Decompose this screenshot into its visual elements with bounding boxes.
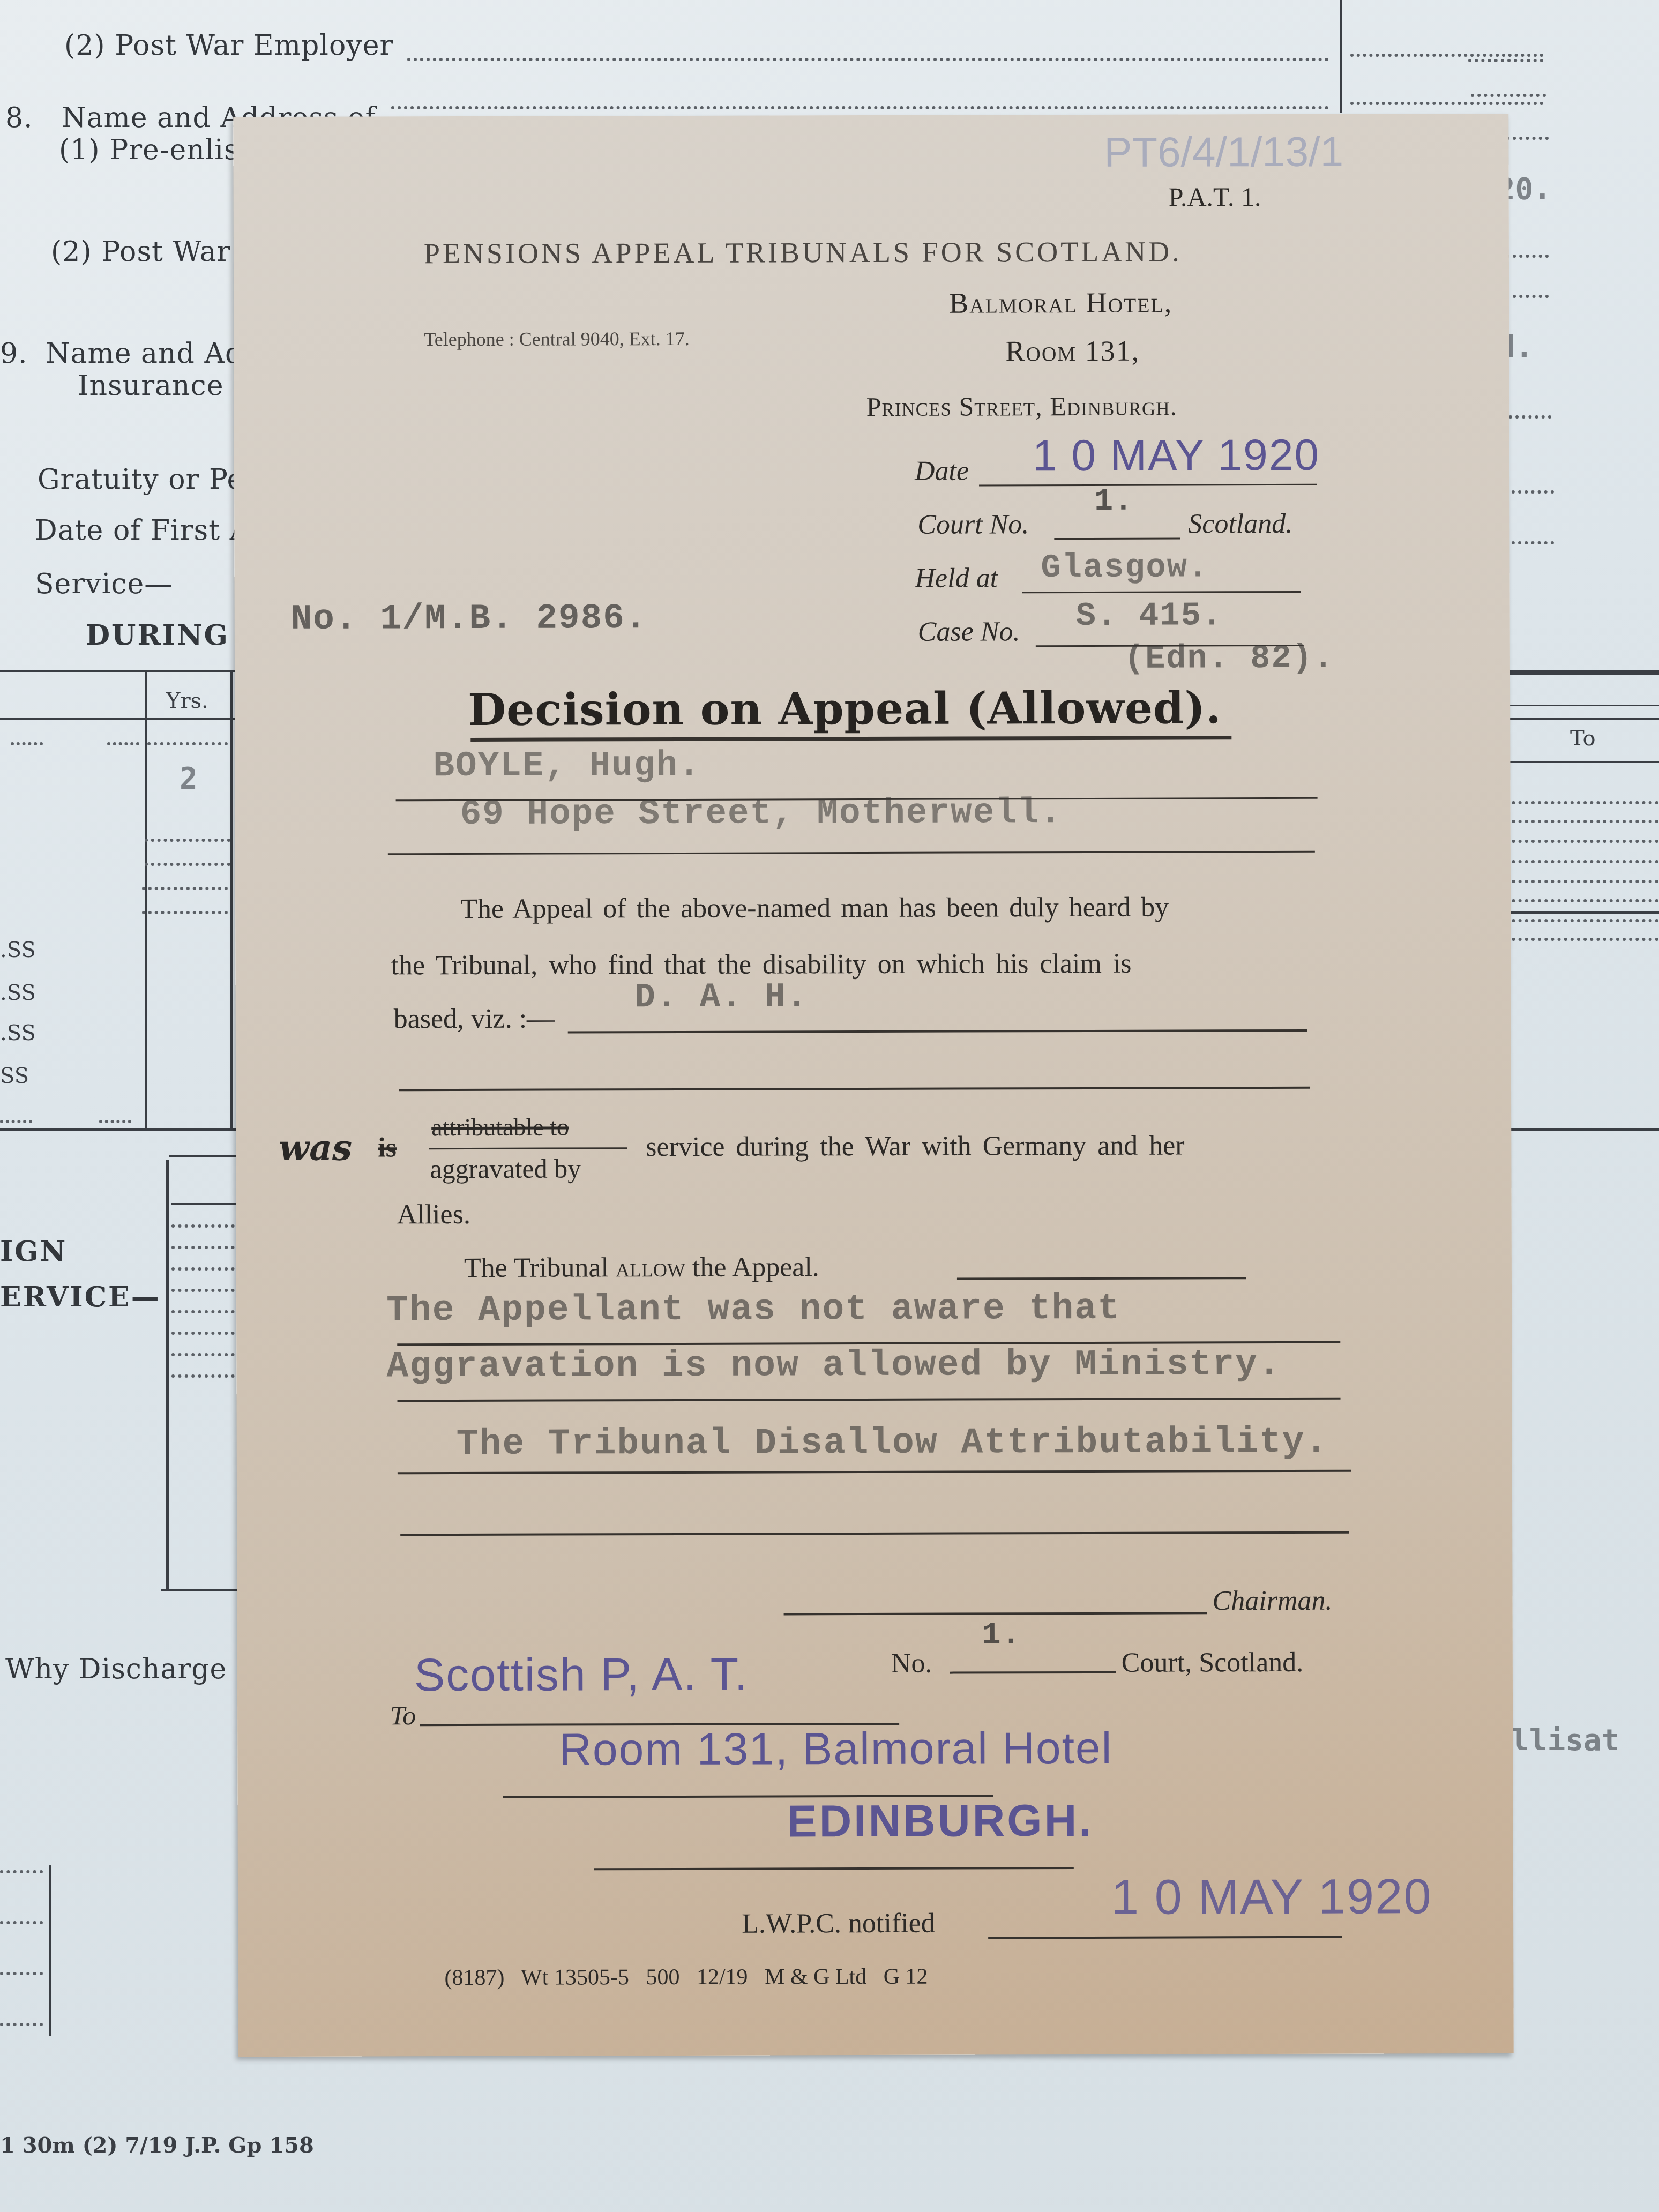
bg-dotted-line bbox=[1471, 94, 1546, 97]
disability-underline-2 bbox=[399, 1087, 1310, 1091]
disability-underline bbox=[568, 1029, 1307, 1034]
allies-text: Allies. bbox=[397, 1199, 470, 1230]
date-label: Date bbox=[915, 455, 969, 487]
case-no-value: S. 415. bbox=[1076, 596, 1223, 635]
bg-foreign: IGN bbox=[0, 1235, 67, 1268]
remark-underline-2 bbox=[398, 1398, 1341, 1402]
bg-dotted-line bbox=[145, 863, 230, 866]
appellant-name: BOYLE, Hugh. bbox=[433, 745, 700, 786]
org-title: PENSIONS APPEAL TRIBUNALS FOR SCOTLAND. bbox=[424, 235, 1182, 270]
court-no-footer-value: 1. bbox=[982, 1618, 1022, 1653]
bg-dotted-line bbox=[171, 1246, 241, 1249]
allow-statement: The Tribunal allow the Appeal. bbox=[464, 1251, 819, 1284]
court-no-value: 1. bbox=[1094, 484, 1134, 519]
bg-typed-right-edge: llisat bbox=[1511, 1723, 1619, 1758]
bg-table-col-rule bbox=[145, 672, 147, 1128]
bg-to-header: To bbox=[1570, 726, 1596, 751]
bg-dotted-line bbox=[1492, 820, 1658, 823]
bg-yrs-value: 2 bbox=[180, 761, 198, 796]
bg-post-war-employer: (2) Post War Employer bbox=[64, 29, 393, 62]
decision-slip: PT6/4/1/13/1 P.A.T. 1. PENSIONS APPEAL T… bbox=[233, 114, 1513, 2057]
bg-dotted-line bbox=[1350, 102, 1543, 105]
bg-why-discharged: Why Discharge bbox=[5, 1653, 227, 1685]
bg-box-rule bbox=[161, 1589, 246, 1591]
disability-value: D. A. H. bbox=[634, 978, 808, 1017]
case-no-label: Case No. bbox=[918, 616, 1020, 647]
bg-dotted-line bbox=[99, 1120, 131, 1123]
remark-underline-4 bbox=[400, 1531, 1349, 1536]
lwpc-underline bbox=[988, 1936, 1342, 1939]
aggravated-by: aggravated by bbox=[430, 1153, 581, 1184]
bg-rule bbox=[1484, 705, 1659, 706]
bg-dotted-line bbox=[1492, 860, 1658, 863]
bg-dotted-line bbox=[171, 1332, 241, 1335]
bg-dotted-line bbox=[1492, 899, 1658, 902]
held-at-label: Held at bbox=[915, 562, 998, 594]
appellant-address: 69 Hope Street, Motherwell. bbox=[460, 793, 1063, 834]
remark-line-2: Aggravation is now allowed by Ministry. bbox=[386, 1344, 1281, 1387]
address-line-2: Room 131, bbox=[1005, 334, 1140, 368]
court-no-footer-underline bbox=[950, 1671, 1116, 1674]
allow-underline bbox=[957, 1277, 1246, 1280]
body-line-3-label: based, viz. :— bbox=[394, 1003, 555, 1035]
pencil-reference: PT6/4/1/13/1 bbox=[1104, 128, 1343, 177]
bg-item9-number: 9. bbox=[0, 338, 28, 370]
remark-line-3: The Tribunal Disallow Attributability. bbox=[457, 1422, 1328, 1465]
court-no-footer-label: No. bbox=[891, 1648, 932, 1679]
bg-dotted-line bbox=[1350, 54, 1543, 57]
bg-dotted-line bbox=[0, 1921, 43, 1924]
handwritten-was: was bbox=[279, 1127, 352, 1169]
fraction-rule bbox=[429, 1147, 627, 1149]
bg-dotted-line bbox=[145, 839, 230, 842]
bg-yrs-header: Yrs. bbox=[166, 689, 208, 713]
bg-rule bbox=[1487, 761, 1659, 763]
bg-class-2: .SS bbox=[0, 981, 36, 1005]
bg-dotted-line bbox=[1492, 919, 1658, 922]
bg-class-3: .SS bbox=[0, 1021, 36, 1045]
to-label: To bbox=[390, 1700, 416, 1731]
bg-dotted-line bbox=[171, 1353, 241, 1356]
bg-table-col-rule bbox=[230, 672, 233, 1128]
bg-dotted-line bbox=[0, 1120, 32, 1123]
court-scotland-label: Scotland. bbox=[1188, 508, 1292, 540]
bg-box-rule bbox=[166, 1160, 169, 1589]
date-underline bbox=[979, 484, 1317, 487]
bg-dotted-line bbox=[142, 887, 228, 890]
allow-word: allow bbox=[616, 1252, 685, 1283]
remark-line-1: The Appellant was not aware that bbox=[386, 1288, 1120, 1332]
decision-heading: Decision on Appeal (Allowed). bbox=[468, 682, 1222, 736]
bg-dotted-line bbox=[1492, 880, 1658, 883]
bg-footer-code: 1 30m (2) 7/19 J.P. Gp 158 bbox=[0, 2133, 314, 2158]
bg-dotted-line bbox=[0, 2023, 43, 2026]
bg-dotted-line bbox=[407, 58, 1329, 61]
bg-dotted-line bbox=[1492, 801, 1658, 804]
bg-foreign-service: ERVICE— bbox=[0, 1281, 161, 1313]
bg-dotted-line bbox=[107, 742, 139, 745]
body-line-1: The Appeal of the above-named man has be… bbox=[460, 892, 1169, 925]
bg-dotted-line bbox=[171, 1374, 241, 1378]
bg-dotted-line bbox=[0, 1870, 43, 1873]
bg-vertical-rule bbox=[1340, 0, 1342, 113]
struck-is: is bbox=[378, 1132, 397, 1163]
printer-footer: (8187) Wt 13505-5 500 12/19 M & G Ltd G … bbox=[444, 1964, 928, 1991]
bg-dotted-line bbox=[142, 911, 228, 914]
to-line-1-stamp: Scottish P, A. T. bbox=[414, 1648, 749, 1702]
to-line-2-stamp: Room 131, Balmoral Hotel bbox=[559, 1722, 1112, 1776]
bg-dotted-line bbox=[171, 1310, 241, 1313]
chairman-label: Chairman. bbox=[1212, 1585, 1332, 1617]
bg-dotted-line bbox=[171, 1289, 241, 1292]
bg-dotted-line bbox=[147, 742, 228, 745]
body-line-2: the Tribunal, who find that the disabili… bbox=[391, 948, 1131, 982]
bg-class-1: .SS bbox=[0, 938, 36, 962]
struck-attributable: attributable to bbox=[431, 1112, 569, 1141]
court-no-underline bbox=[1054, 537, 1180, 540]
bg-dotted-line bbox=[1468, 59, 1543, 62]
bg-dotted-line bbox=[1492, 938, 1658, 941]
bg-dotted-line bbox=[1492, 840, 1658, 843]
bg-item9-label: Name and Ad bbox=[46, 338, 243, 370]
lwpc-label: L.W.P.C. notified bbox=[742, 1908, 935, 1940]
heading-underline bbox=[470, 736, 1231, 742]
bg-rule bbox=[1498, 911, 1659, 914]
bg-item8-number: 8. bbox=[5, 102, 33, 134]
bg-brace bbox=[49, 1865, 51, 2036]
remark-underline-3 bbox=[398, 1470, 1351, 1475]
form-code: P.A.T. 1. bbox=[1169, 181, 1261, 212]
bg-dotted-line bbox=[11, 742, 43, 745]
address-line-3: Princes Street, Edinburgh. bbox=[866, 391, 1177, 423]
to-line-3-stamp: EDINBURGH. bbox=[787, 1795, 1093, 1847]
chairman-signature-line bbox=[784, 1612, 1207, 1615]
bg-dotted-line bbox=[391, 106, 1329, 109]
reference-number: No. 1/M.B. 2986. bbox=[291, 598, 648, 639]
case-no-subvalue: (Edn. 82). bbox=[1124, 639, 1334, 678]
telephone: Telephone : Central 9040, Ext. 17. bbox=[424, 327, 689, 350]
held-at-underline bbox=[1022, 591, 1301, 593]
service-text: service during the War with Germany and … bbox=[646, 1130, 1184, 1163]
address-line-1: Balmoral Hotel, bbox=[949, 286, 1172, 320]
appellant-address-underline bbox=[388, 851, 1315, 855]
bg-dotted-line bbox=[171, 1224, 241, 1228]
bg-service: Service— bbox=[35, 568, 173, 600]
bg-item8-sub2: (2) Post War bbox=[51, 236, 230, 268]
court-scotland-footer-label: Court, Scotland. bbox=[1122, 1647, 1304, 1679]
bg-gratuity: Gratuity or Pe bbox=[38, 464, 244, 496]
bg-item9-sub: Insurance S bbox=[78, 370, 253, 402]
bg-dotted-line bbox=[171, 1267, 241, 1271]
to-line-3-underline bbox=[594, 1867, 1074, 1870]
court-no-label: Court No. bbox=[917, 509, 1029, 541]
held-at-value: Glasgow. bbox=[1041, 548, 1209, 587]
bg-class-4: SS bbox=[0, 1064, 29, 1088]
allow-prefix: The Tribunal bbox=[464, 1252, 609, 1283]
allow-suffix: the Appeal. bbox=[692, 1252, 819, 1283]
bg-dotted-line bbox=[0, 1972, 43, 1975]
date-stamp: 1 0 MAY 1920 bbox=[1033, 430, 1320, 481]
bg-rule bbox=[1484, 672, 1659, 675]
lwpc-date-stamp: 1 0 MAY 1920 bbox=[1111, 1869, 1432, 1926]
bg-date-first: Date of First A bbox=[35, 514, 250, 547]
